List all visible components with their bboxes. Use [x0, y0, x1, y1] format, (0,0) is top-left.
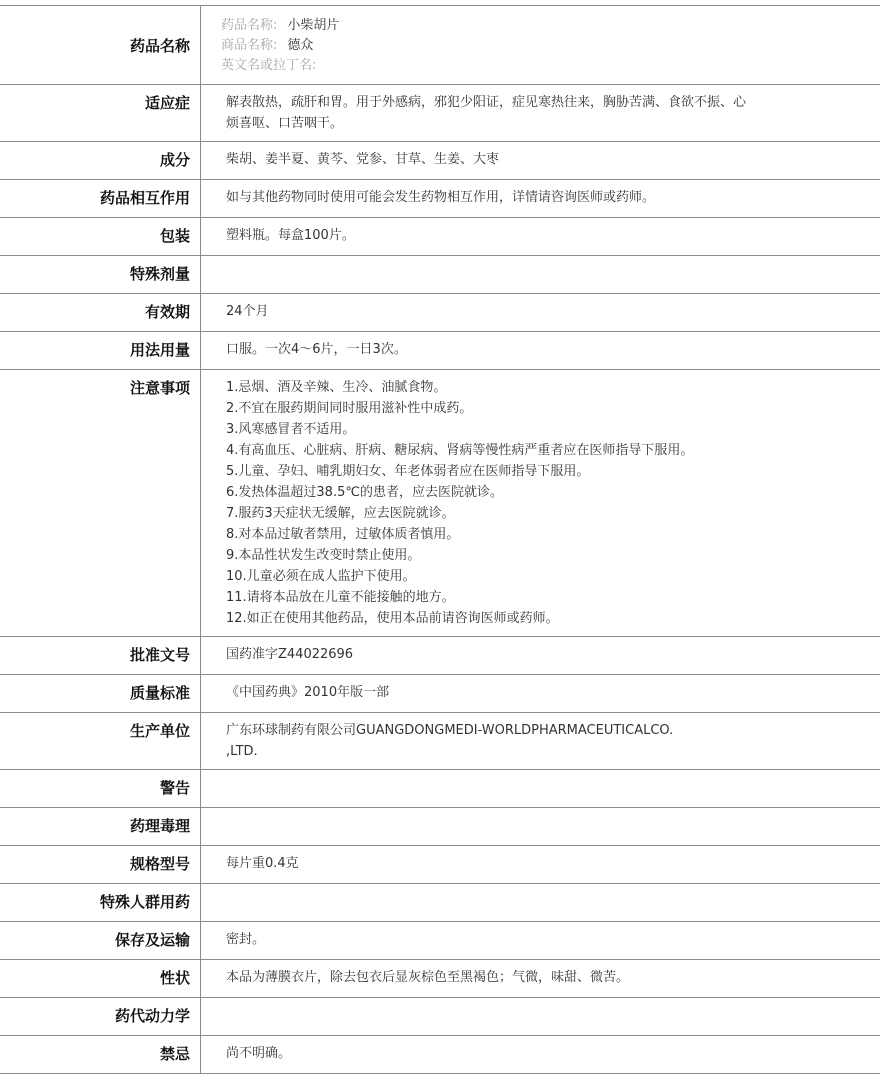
generic-name-value: 小柴胡片	[287, 18, 339, 33]
table-row: 药代动力学	[0, 998, 880, 1036]
value-line: 1.忌烟、酒及辛辣、生冷、油腻食物。	[226, 377, 870, 398]
row-value: 24个月	[201, 294, 880, 332]
row-value: 药品名称:小柴胡片 商品名称:德众 英文名或拉丁名:	[201, 6, 880, 85]
generic-name-line: 药品名称:小柴胡片	[221, 16, 870, 36]
value-line: 如与其他药物同时使用可能会发生药物相互作用，详情请咨询医师或药师。	[226, 187, 870, 208]
table-row: 禁忌尚不明确。	[0, 1036, 880, 1074]
row-value: 广东环球制药有限公司GUANGDONGMEDI-WORLDPHARMACEUTI…	[201, 713, 880, 770]
table-row: 批准文号国药准字Z44022696	[0, 637, 880, 675]
row-label: 药代动力学	[0, 998, 201, 1036]
table-row: 规格型号每片重0.4克	[0, 846, 880, 884]
table-row: 注意事项1.忌烟、酒及辛辣、生冷、油腻食物。2.不宜在服药期间同时服用滋补性中成…	[0, 370, 880, 637]
row-value: 本品为薄膜衣片，除去包衣后显灰棕色至黑褐色；气微，味甜、微苦。	[201, 960, 880, 998]
table-row: 特殊人群用药	[0, 884, 880, 922]
drug-name-block: 药品名称:小柴胡片 商品名称:德众 英文名或拉丁名:	[211, 16, 870, 76]
value-line: 2.不宜在服药期间同时服用滋补性中成药。	[226, 398, 870, 419]
value-line: 6.发热体温超过38.5℃的患者，应去医院就诊。	[226, 482, 870, 503]
row-value: 密封。	[201, 922, 880, 960]
row-value	[201, 998, 880, 1036]
row-label: 有效期	[0, 294, 201, 332]
row-label: 生产单位	[0, 713, 201, 770]
table-row: 用法用量口服。一次4～6片，一日3次。	[0, 332, 880, 370]
table-row: 特殊剂量	[0, 256, 880, 294]
row-value: 口服。一次4～6片，一日3次。	[201, 332, 880, 370]
value-line: ,LTD.	[226, 741, 870, 762]
latin-name-key: 英文名或拉丁名:	[221, 58, 316, 73]
row-value	[201, 256, 880, 294]
value-line: 《中国药典》2010年版一部	[226, 682, 870, 703]
row-value: 解表散热，疏肝和胃。用于外感病，邪犯少阳证，症见寒热往来，胸胁苦满、食欲不振、心…	[201, 85, 880, 142]
table-row: 药品相互作用如与其他药物同时使用可能会发生药物相互作用，详情请咨询医师或药师。	[0, 180, 880, 218]
row-value: 塑料瓶。每盒100片。	[201, 218, 880, 256]
value-line: 8.对本品过敏者禁用，过敏体质者慎用。	[226, 524, 870, 545]
row-value	[201, 770, 880, 808]
value-line: 4.有高血压、心脏病、肝病、糖尿病、肾病等慢性病严重者应在医师指导下服用。	[226, 440, 870, 461]
row-label: 性状	[0, 960, 201, 998]
row-label: 药品名称	[0, 6, 201, 85]
latin-name-line: 英文名或拉丁名:	[221, 56, 870, 76]
row-label: 禁忌	[0, 1036, 201, 1074]
table-row: 药理毒理	[0, 808, 880, 846]
row-label: 警告	[0, 770, 201, 808]
value-line: 口服。一次4～6片，一日3次。	[226, 339, 870, 360]
generic-name-key: 药品名称:	[221, 18, 277, 33]
value-line: 10.儿童必须在成人监护下使用。	[226, 566, 870, 587]
row-label: 成分	[0, 142, 201, 180]
value-line: 7.服药3天症状无缓解，应去医院就诊。	[226, 503, 870, 524]
row-label: 特殊人群用药	[0, 884, 201, 922]
value-line: 5.儿童、孕妇、哺乳期妇女、年老体弱者应在医师指导下服用。	[226, 461, 870, 482]
row-label: 保存及运输	[0, 922, 201, 960]
row-label: 规格型号	[0, 846, 201, 884]
value-line: 密封。	[226, 929, 870, 950]
drug-spec-table: 药品名称 药品名称:小柴胡片 商品名称:德众 英文名或拉丁名: 适应症解表散热，…	[0, 5, 880, 1074]
trade-name-value: 德众	[287, 38, 313, 53]
trade-name-key: 商品名称:	[221, 38, 277, 53]
table-row: 质量标准《中国药典》2010年版一部	[0, 675, 880, 713]
value-line: 柴胡、姜半夏、黄芩、党参、甘草、生姜、大枣	[226, 149, 870, 170]
table-row: 保存及运输密封。	[0, 922, 880, 960]
value-line: 每片重0.4克	[226, 853, 870, 874]
value-line: 广东环球制药有限公司GUANGDONGMEDI-WORLDPHARMACEUTI…	[226, 720, 870, 741]
row-value	[201, 884, 880, 922]
row-value: 尚不明确。	[201, 1036, 880, 1074]
table-row: 包装塑料瓶。每盒100片。	[0, 218, 880, 256]
value-line: 3.风寒感冒者不适用。	[226, 419, 870, 440]
row-value: 《中国药典》2010年版一部	[201, 675, 880, 713]
row-label: 注意事项	[0, 370, 201, 637]
row-label: 质量标准	[0, 675, 201, 713]
table-row: 生产单位广东环球制药有限公司GUANGDONGMEDI-WORLDPHARMAC…	[0, 713, 880, 770]
row-label: 适应症	[0, 85, 201, 142]
row-label: 用法用量	[0, 332, 201, 370]
row-value: 国药准字Z44022696	[201, 637, 880, 675]
table-row: 有效期24个月	[0, 294, 880, 332]
value-line: 12.如正在使用其他药品，使用本品前请咨询医师或药师。	[226, 608, 870, 629]
table-row: 适应症解表散热，疏肝和胃。用于外感病，邪犯少阳证，症见寒热往来，胸胁苦满、食欲不…	[0, 85, 880, 142]
table-row-drug-name: 药品名称 药品名称:小柴胡片 商品名称:德众 英文名或拉丁名:	[0, 6, 880, 85]
value-line: 塑料瓶。每盒100片。	[226, 225, 870, 246]
value-line: 解表散热，疏肝和胃。用于外感病，邪犯少阳证，症见寒热往来，胸胁苦满、食欲不振、心	[226, 92, 870, 113]
row-label: 批准文号	[0, 637, 201, 675]
value-line: 尚不明确。	[226, 1043, 870, 1064]
spec-table-body: 药品名称 药品名称:小柴胡片 商品名称:德众 英文名或拉丁名: 适应症解表散热，…	[0, 6, 880, 1074]
row-value: 如与其他药物同时使用可能会发生药物相互作用，详情请咨询医师或药师。	[201, 180, 880, 218]
table-row: 警告	[0, 770, 880, 808]
row-label: 特殊剂量	[0, 256, 201, 294]
value-line: 11.请将本品放在儿童不能接触的地方。	[226, 587, 870, 608]
value-line: 烦喜呕、口苦咽干。	[226, 113, 870, 134]
row-label: 包装	[0, 218, 201, 256]
row-label: 药品相互作用	[0, 180, 201, 218]
table-row: 性状本品为薄膜衣片，除去包衣后显灰棕色至黑褐色；气微，味甜、微苦。	[0, 960, 880, 998]
trade-name-line: 商品名称:德众	[221, 36, 870, 56]
table-row: 成分柴胡、姜半夏、黄芩、党参、甘草、生姜、大枣	[0, 142, 880, 180]
row-value: 每片重0.4克	[201, 846, 880, 884]
value-line: 国药准字Z44022696	[226, 644, 870, 665]
value-line: 本品为薄膜衣片，除去包衣后显灰棕色至黑褐色；气微，味甜、微苦。	[226, 967, 870, 988]
value-line: 9.本品性状发生改变时禁止使用。	[226, 545, 870, 566]
row-value: 柴胡、姜半夏、黄芩、党参、甘草、生姜、大枣	[201, 142, 880, 180]
value-line: 24个月	[226, 301, 870, 322]
row-label: 药理毒理	[0, 808, 201, 846]
row-value	[201, 808, 880, 846]
row-value: 1.忌烟、酒及辛辣、生冷、油腻食物。2.不宜在服药期间同时服用滋补性中成药。3.…	[201, 370, 880, 637]
